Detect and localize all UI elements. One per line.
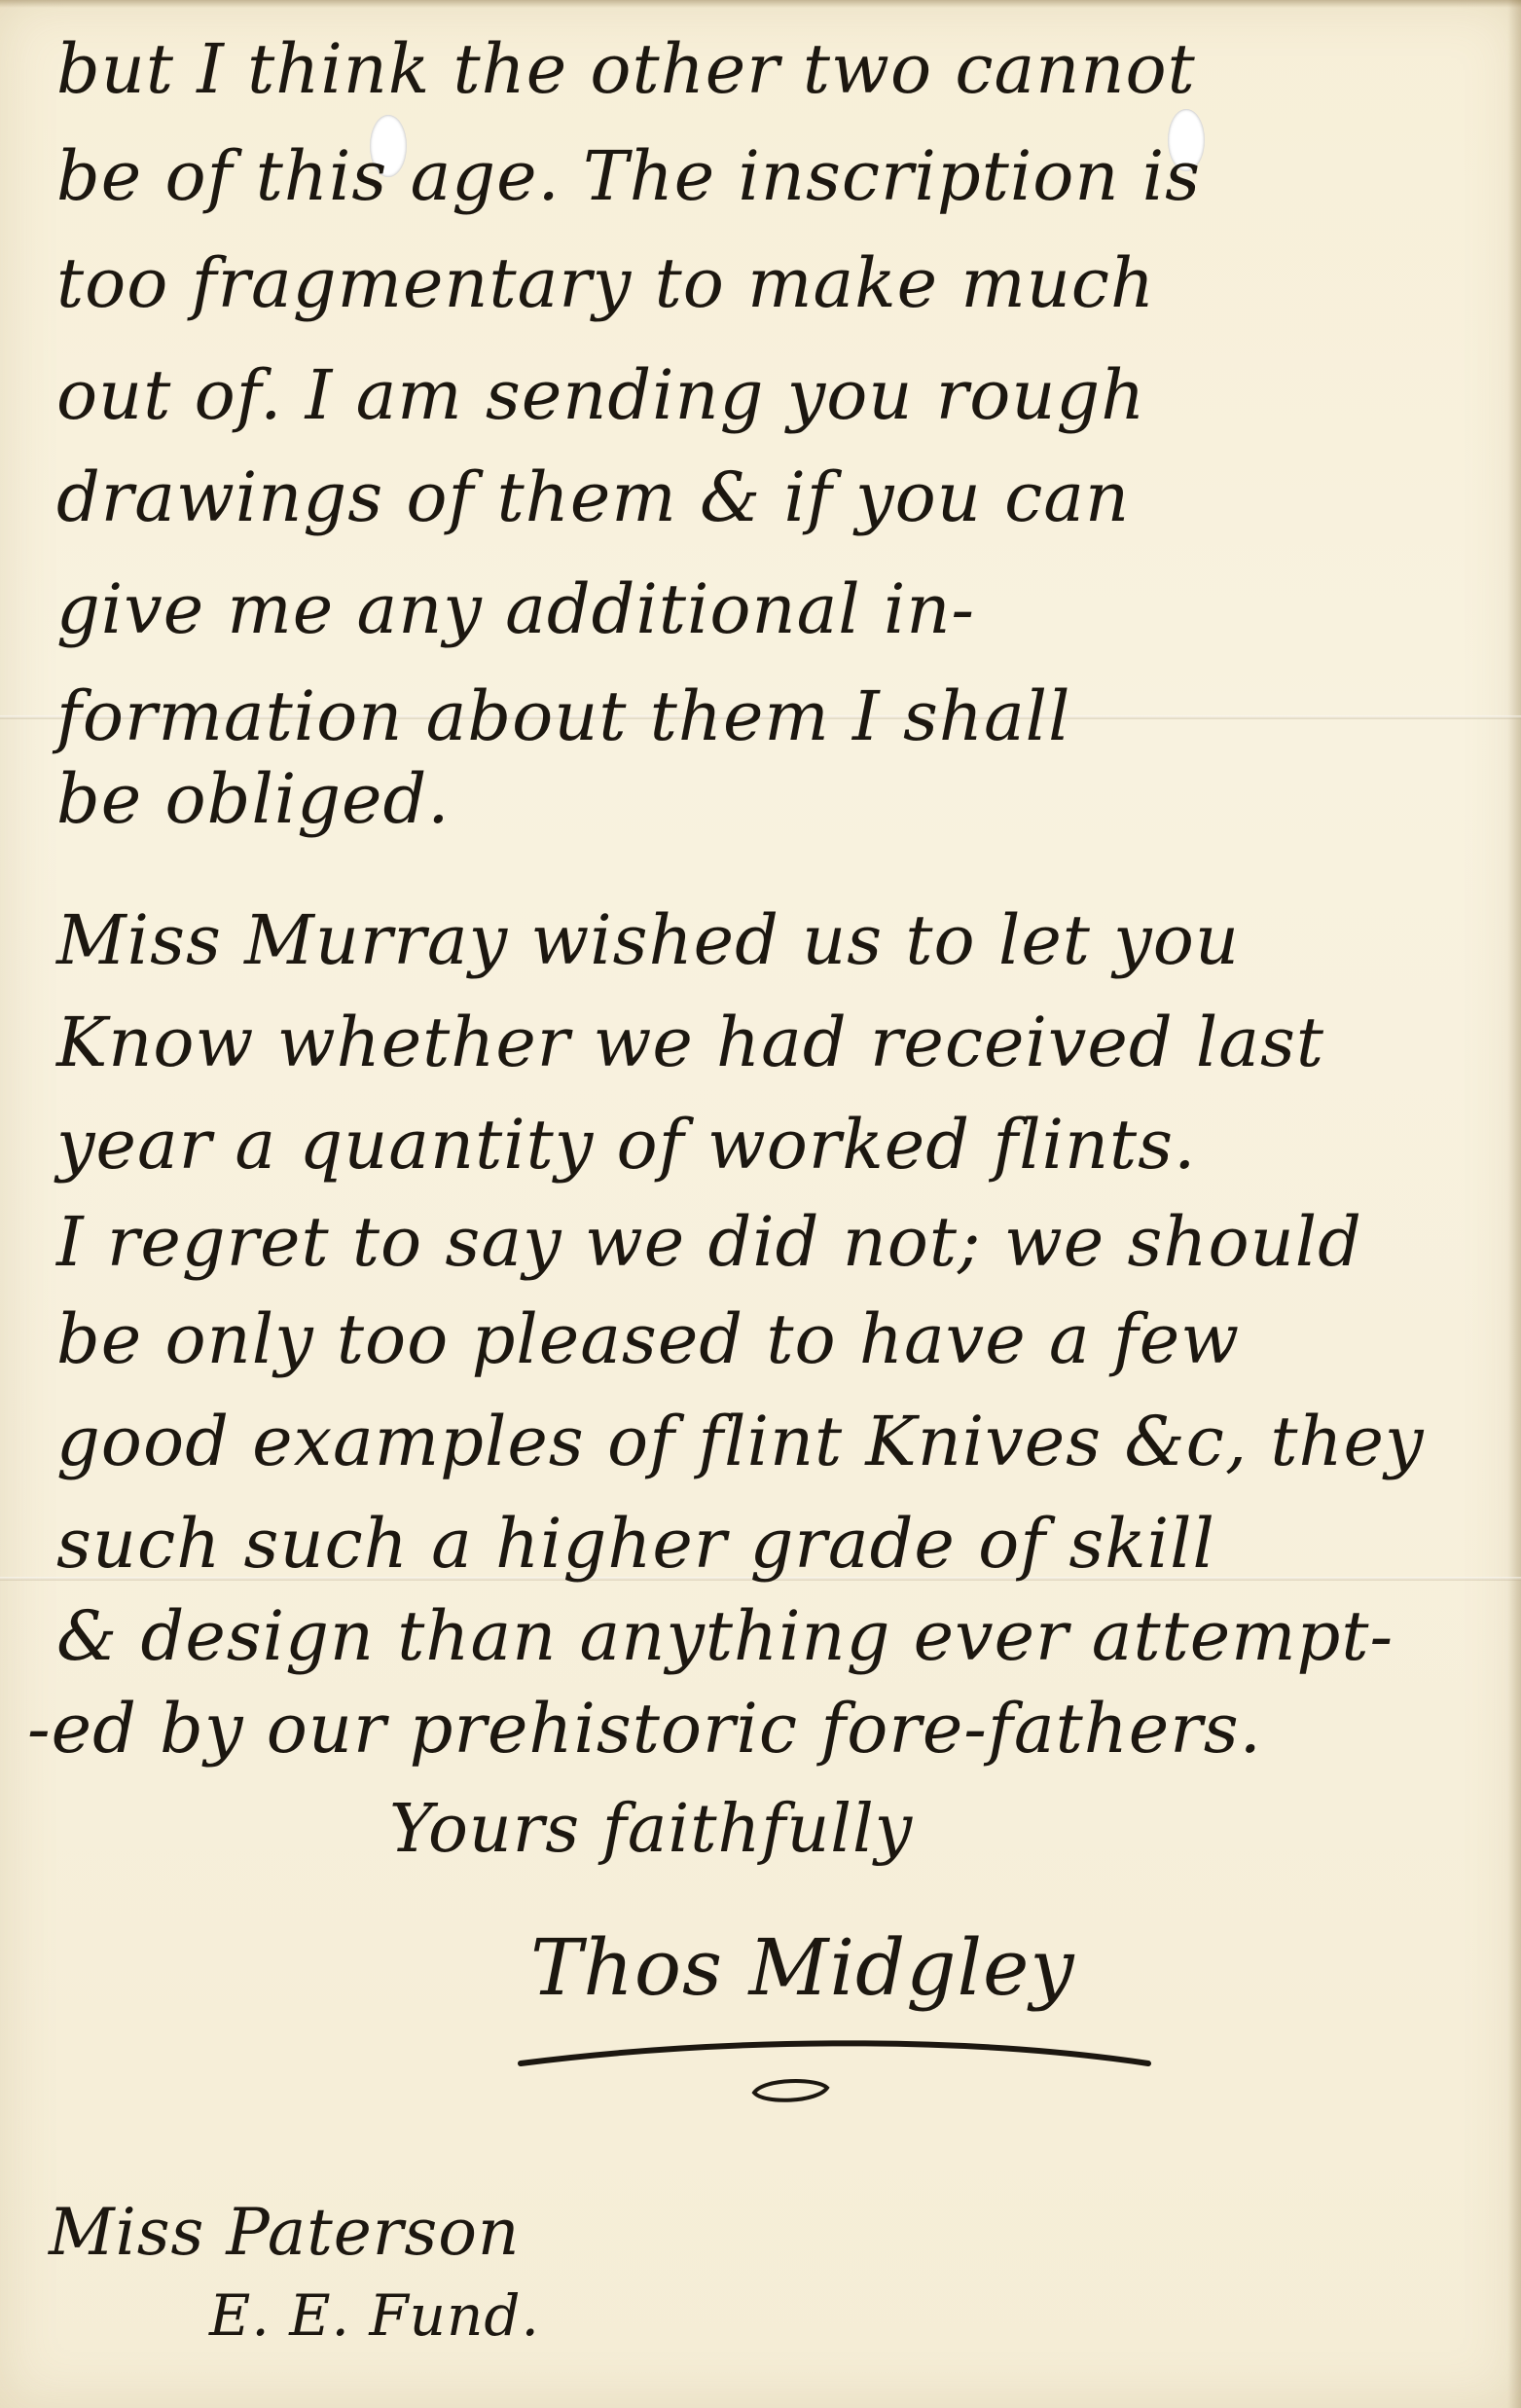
letter-closing: Yours faithfully [389,1791,913,1868]
letter-line-16: & design than anything ever attempt- [56,1596,1394,1676]
letter-line-6: give me any additional in- [56,569,975,649]
letter-line-13: be only too pleased to have a few [56,1299,1240,1379]
letter-page: but I think the other two cannot be of t… [0,0,1521,2408]
letter-line-17: -ed by our prehistoric fore-fathers. [27,1689,1262,1769]
letter-line-10: Know whether we had received last [56,1003,1324,1082]
letter-line-3: too fragmentary to make much [56,243,1155,323]
letter-line-1: but I think the other two cannot [56,29,1196,109]
letter-line-14: good examples of flint Knives &c, they [56,1402,1425,1481]
letter-line-2: be of this age. The inscription is [56,136,1201,216]
letter-signature: Thos Midgley [530,1922,1075,2013]
addressee-organization: E. E. Fund. [209,2282,540,2349]
letter-line-12: I regret to say we did not; we should [56,1202,1362,1282]
letter-line-15: such such a higher grade of skill [56,1504,1215,1584]
letter-line-8: be obliged. [56,759,451,839]
letter-line-9: Miss Murray wished us to let you [56,900,1240,980]
letter-line-7: formation about them I shall [56,676,1070,756]
page-edge-right [1507,0,1521,2408]
page-edge-top [0,0,1521,8]
addressee-name: Miss Paterson [49,2195,520,2270]
letter-line-5: drawings of them & if you can [56,457,1130,537]
signature-flourish-icon [516,2034,1158,2112]
letter-line-11: year a quantity of worked flints. [56,1105,1196,1185]
letter-line-4: out of. I am sending you rough [56,355,1145,435]
